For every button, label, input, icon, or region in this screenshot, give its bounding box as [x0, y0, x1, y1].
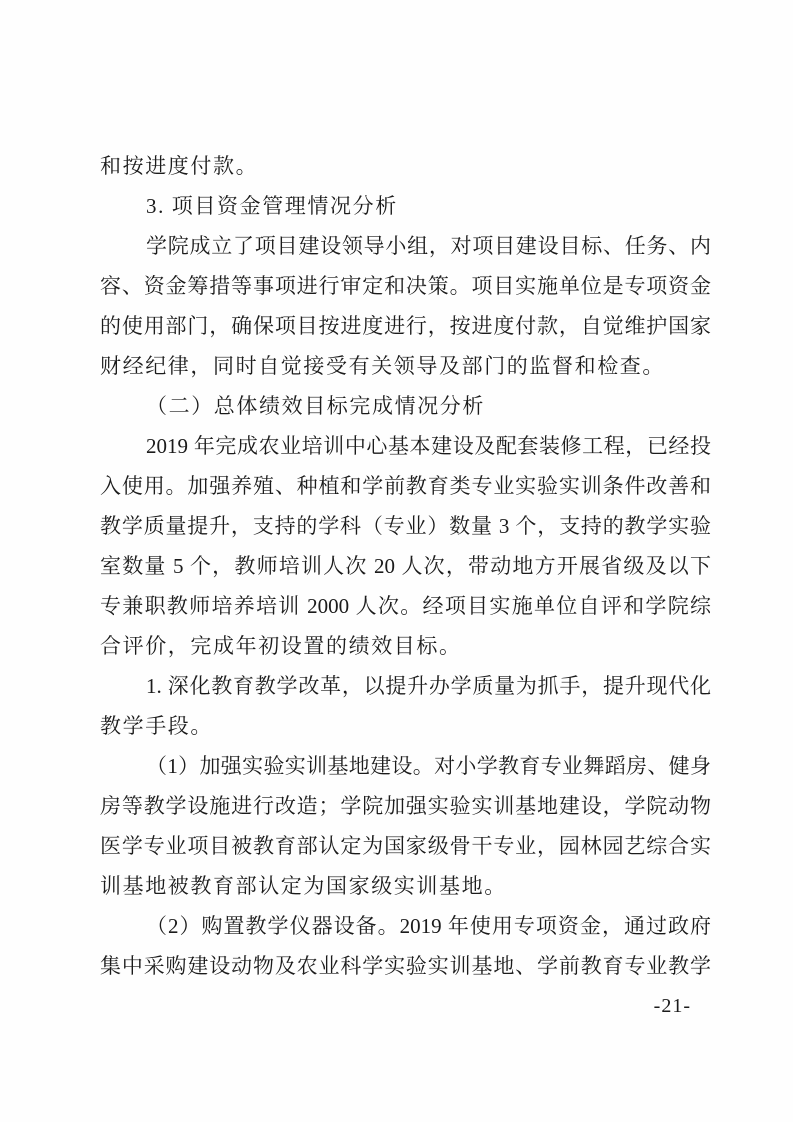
text-line: 房等教学设施进行改造；学院加强实验实训基地建设，学院动物: [100, 786, 711, 826]
text-line: 教学手段。: [100, 706, 711, 746]
text-line: （二）总体绩效目标完成情况分析: [100, 386, 711, 426]
text-lines: 和按进度付款。3. 项目资金管理情况分析学院成立了项目建设领导小组，对项目建设目…: [100, 146, 711, 986]
text-line: 教学质量提升，支持的学科（专业）数量 3 个，支持的教学实验: [100, 506, 711, 546]
text-line: 3. 项目资金管理情况分析: [100, 186, 711, 226]
document-body: 和按进度付款。3. 项目资金管理情况分析学院成立了项目建设领导小组，对项目建设目…: [100, 146, 711, 1026]
text-line: 2019 年完成农业培训中心基本建设及配套装修工程，已经投: [100, 426, 711, 466]
text-line: 合评价，完成年初设置的绩效目标。: [100, 626, 711, 666]
text-line: 容、资金筹措等事项进行审定和决策。项目实施单位是专项资金: [100, 266, 711, 306]
page-number: -21-: [100, 986, 711, 1026]
text-line: （2）购置教学仪器设备。2019 年使用专项资金，通过政府: [100, 906, 711, 946]
text-line: 室数量 5 个，教师培训人次 20 人次，带动地方开展省级及以下: [100, 546, 711, 586]
text-line: 财经纪律，同时自觉接受有关领导及部门的监督和检查。: [100, 346, 711, 386]
text-line: 训基地被教育部认定为国家级实训基地。: [100, 866, 711, 906]
text-line: 入使用。加强养殖、种植和学前教育类专业实验实训条件改善和: [100, 466, 711, 506]
text-line: 和按进度付款。: [100, 146, 711, 186]
document-page: 和按进度付款。3. 项目资金管理情况分析学院成立了项目建设领导小组，对项目建设目…: [0, 0, 793, 1122]
text-line: 1. 深化教育教学改革，以提升办学质量为抓手，提升现代化: [100, 666, 711, 706]
text-line: 的使用部门，确保项目按进度进行，按进度付款，自觉维护国家: [100, 306, 711, 346]
text-line: 专兼职教师培养培训 2000 人次。经项目实施单位自评和学院综: [100, 586, 711, 626]
text-line: 医学专业项目被教育部认定为国家级骨干专业，园林园艺综合实: [100, 826, 711, 866]
text-line: 学院成立了项目建设领导小组，对项目建设目标、任务、内: [100, 226, 711, 266]
text-line: 集中采购建设动物及农业科学实验实训基地、学前教育专业教学: [100, 946, 711, 986]
text-line: （1）加强实验实训基地建设。对小学教育专业舞蹈房、健身: [100, 746, 711, 786]
